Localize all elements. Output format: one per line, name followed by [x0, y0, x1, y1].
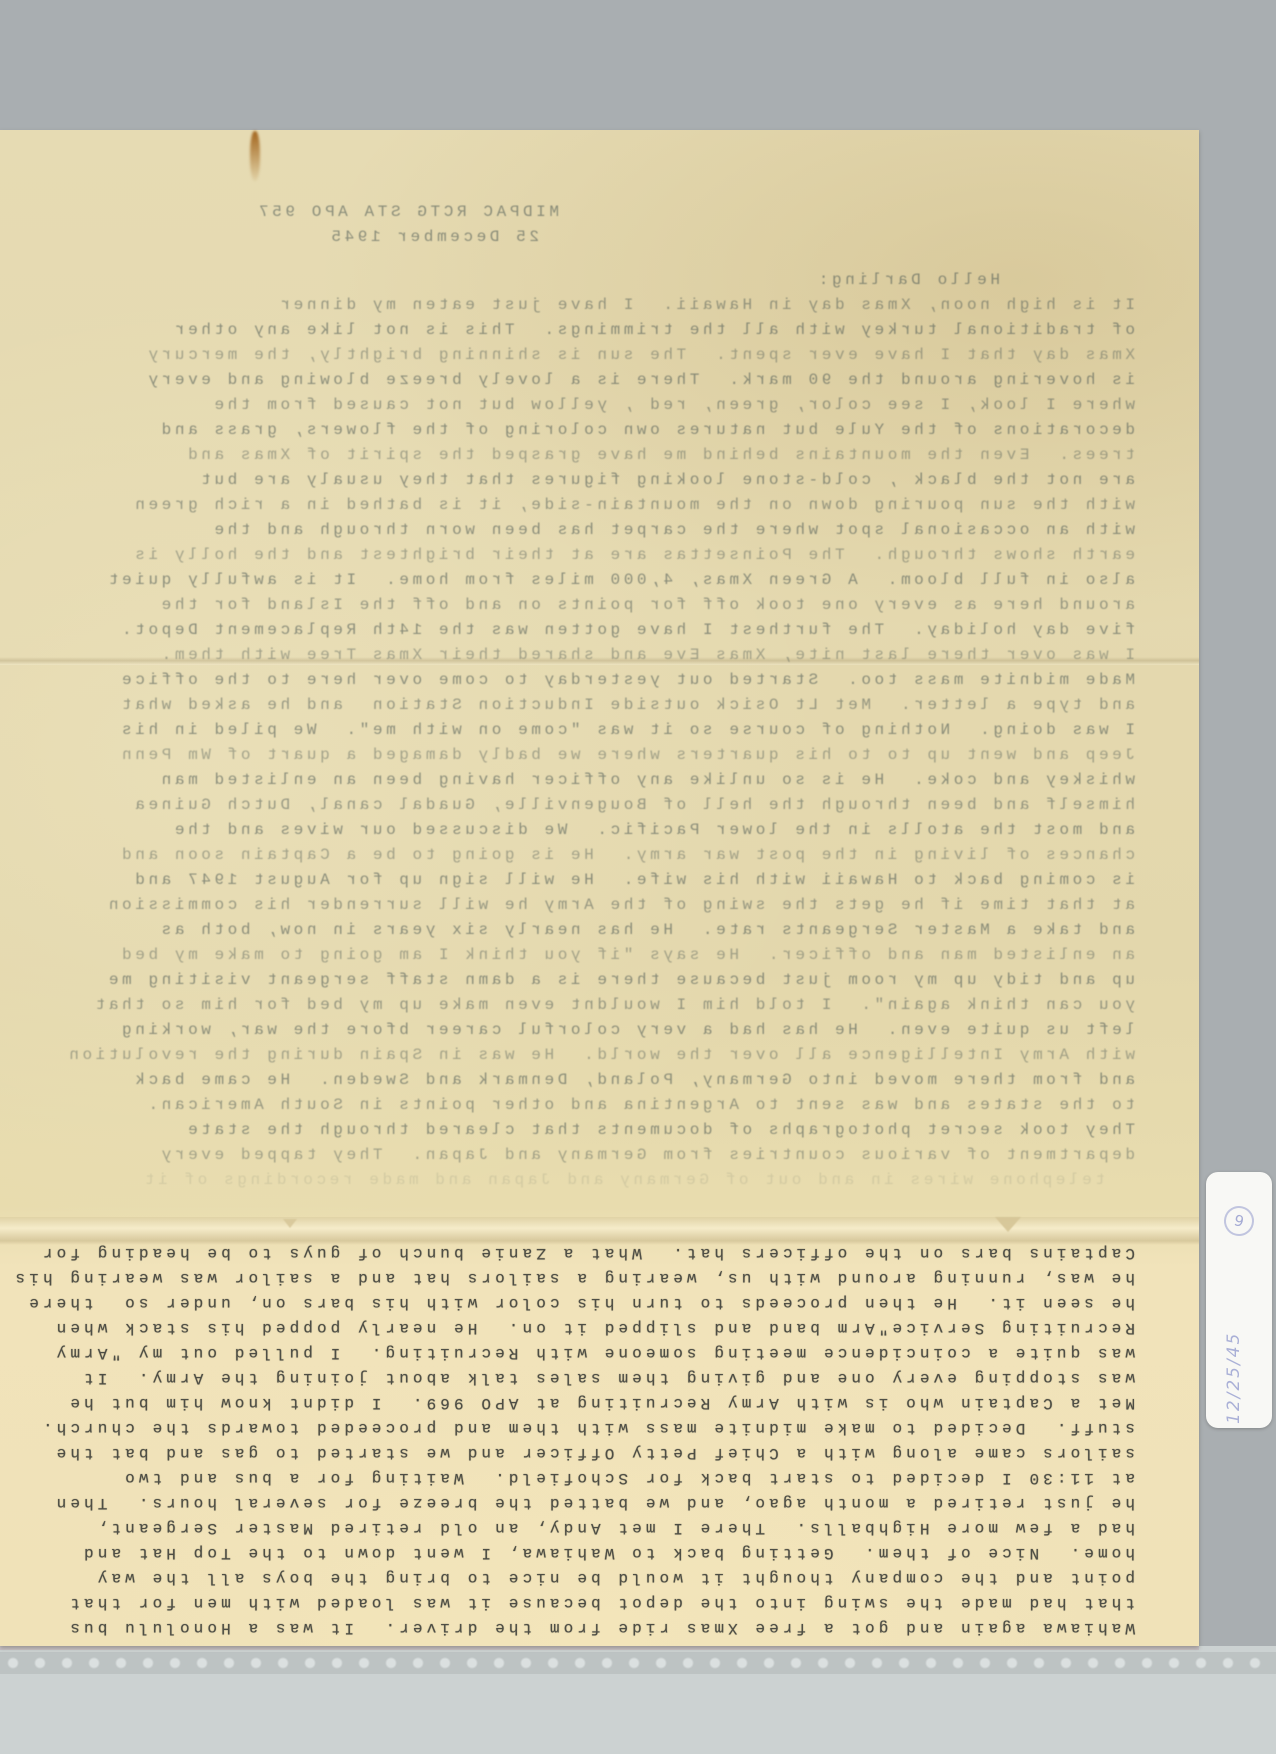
typed-line: point and the company thought it would b… — [42, 1565, 1135, 1590]
typed-line: Made midnite mass too. Started out yeste… — [36, 668, 1135, 693]
typed-line: I was doing. Nothing of course so it was… — [36, 718, 1135, 743]
typed-line: had a few more Highballs. There I met An… — [42, 1515, 1135, 1540]
typed-line: he just retired a month agao, and we bat… — [42, 1490, 1135, 1515]
typed-line: It is high noon, Xmas day in Hawaii. I h… — [36, 293, 1135, 318]
typed-line: Captains bars on the officers hat. What … — [42, 1240, 1135, 1265]
typed-line: with Army Intelligence all over the worl… — [36, 1043, 1135, 1068]
typed-line: around here as every one took off for po… — [36, 593, 1135, 618]
typed-line: he was, running around with us, wearing … — [42, 1265, 1135, 1290]
typed-line: himself and been through the hell of Bou… — [36, 793, 1135, 818]
letter-header-date: 25 December 1945 — [36, 225, 559, 250]
typed-line: Jeep and went up to to his quarters wher… — [36, 743, 1135, 768]
letter-header-unit: MIDPAC RCTG STA APO 957 — [36, 200, 559, 225]
typed-line: is coming back to Hawaii with his wife. … — [36, 868, 1135, 893]
typed-line: stuff. Decided to make midnite mass with… — [42, 1415, 1135, 1440]
back-page-text: Wahiawa again and got a free Xmas ride f… — [0, 1232, 1199, 1646]
typed-line: he seen it. He then proceeds to turn his… — [42, 1290, 1135, 1315]
typed-line: left us quite even. He has had a very co… — [36, 1018, 1135, 1043]
typed-line: and type a letter. Met Lt Osick outside … — [36, 693, 1135, 718]
typed-line: with the sun pouring down on the mountai… — [36, 493, 1135, 518]
archival-sticker: 9 12/25/45 — [1206, 1172, 1272, 1428]
typed-line: sailors came along with a Chief Petty Of… — [42, 1440, 1135, 1465]
typed-line: to the states and was sent to Argentina … — [36, 1093, 1135, 1118]
typed-line: and take a Master Sergeants rate. He has… — [36, 918, 1135, 943]
typed-line: department of various countries from Ger… — [36, 1143, 1135, 1168]
typed-line: and most the atolls in the lower Pacific… — [36, 818, 1135, 843]
typed-line: They took secret photographs of document… — [36, 1118, 1135, 1143]
typed-line: where I look, I see color, green, red , … — [36, 393, 1135, 418]
letter-salutation: Hello Darling: — [36, 268, 1000, 293]
typed-line: you can think again". I told him I would… — [36, 993, 1135, 1018]
letter-body-lines: It is high noon, Xmas day in Hawaii. I h… — [36, 293, 1135, 1168]
letter-paper: MIDPAC RCTG STA APO 957 25 December 1945… — [0, 130, 1199, 1646]
fold-tear-notch — [995, 1217, 1021, 1232]
typed-line: of traditional turkey with all the trimm… — [36, 318, 1135, 343]
sticker-circled-number: 9 — [1221, 1203, 1257, 1239]
typed-line: Recruiting Service"Arm band and slipped … — [42, 1315, 1135, 1340]
typed-line: was quite a coincidence meeting someone … — [42, 1340, 1135, 1365]
typed-line: Met a Captain who is with Army Recruitin… — [42, 1390, 1135, 1415]
typed-line: whiskey and coke. He is so unlike any of… — [36, 768, 1135, 793]
typed-line: is hovering around the 90 mark. There is… — [36, 368, 1135, 393]
typed-line: at that time if he gets the swing of the… — [36, 893, 1135, 918]
typed-line: Wahiawa again and got a free Xmas ride f… — [42, 1615, 1135, 1640]
typed-line: I was over there last nite, Xmas Eve and… — [36, 643, 1135, 668]
typed-line: and from there moved into Germany, Polan… — [36, 1068, 1135, 1093]
typed-line: decorations of the Yule but natures own … — [36, 418, 1135, 443]
typed-line: also in full bloom. A Green Xmas, 4,000 … — [36, 568, 1135, 593]
typed-line: are not the black , cold-stone looking f… — [36, 468, 1135, 493]
letter-scan: MIDPAC RCTG STA APO 957 25 December 1945… — [0, 0, 1276, 1754]
typed-line: earth shows through. The Poinsettas are … — [36, 543, 1135, 568]
faint-typed-line: telephone wires in and out of Germany an… — [36, 1168, 1105, 1193]
typed-line: an enlisted man and officer. He says "if… — [36, 943, 1135, 968]
sticker-handwritten-date: 12/25/45 — [1224, 1332, 1244, 1424]
typed-line: chances of living in the post war army. … — [36, 843, 1135, 868]
letter-header: MIDPAC RCTG STA APO 957 25 December 1945 — [36, 200, 559, 250]
typed-line: trees. Even the mountains behind me have… — [36, 443, 1135, 468]
typed-line: home. Nice of them. Getting back to Wahi… — [42, 1540, 1135, 1565]
sleeve-seam-dots — [0, 1652, 1276, 1674]
typed-line: at 11:30 I decided to start back for Sch… — [42, 1465, 1135, 1490]
fold-tear-notch-small — [283, 1219, 297, 1228]
typed-line: that had made the swing into the depot b… — [42, 1590, 1135, 1615]
bleedthrough-front-text: MIDPAC RCTG STA APO 957 25 December 1945… — [0, 130, 1199, 1193]
typed-line: was stopping every one and giving them s… — [42, 1365, 1135, 1390]
typed-line: Xmas day that I have ever spent. The sun… — [36, 343, 1135, 368]
typed-line: up and tidy up my room just because ther… — [36, 968, 1135, 993]
typed-line: with an occasional spot where the carpet… — [36, 518, 1135, 543]
typed-line: five day holiday. The furthest I have go… — [36, 618, 1135, 643]
